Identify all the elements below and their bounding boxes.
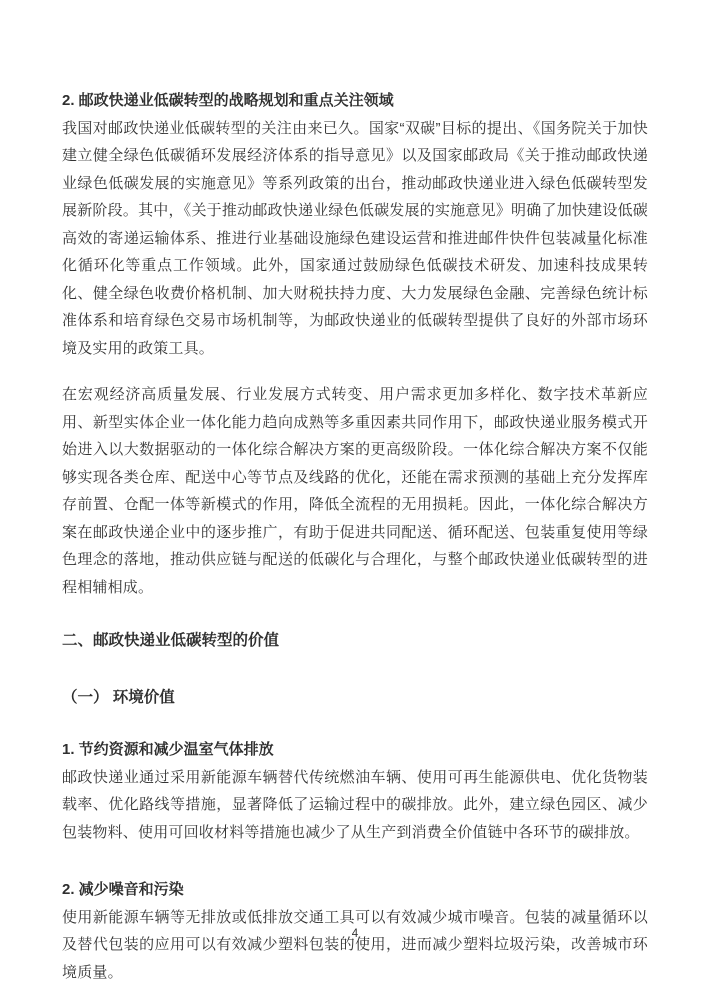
document-page: 2. 邮政快递业低碳转型的战略规划和重点关注领域 我国对邮政快递业低碳转型的关注… [0, 0, 710, 1004]
heading-item-resource-saving: 1. 节约资源和减少温室气体排放 [62, 736, 648, 764]
heading-chapter-value: 二、邮政快递业低碳转型的价值 [62, 627, 648, 655]
paragraph-integrated-solutions: 在宏观经济高质量发展、行业发展方式转变、用户需求更加多样化、数字技术革新应用、新… [62, 381, 648, 601]
document-content: 2. 邮政快递业低碳转型的战略规划和重点关注领域 我国对邮政快递业低碳转型的关注… [62, 87, 648, 986]
paragraph-noise-pollution: 使用新能源车辆等无排放或低排放交通工具可以有效减少城市噪音。包装的减量循环以及替… [62, 904, 648, 987]
paragraph-policy-background: 我国对邮政快递业低碳转型的关注由来已久。国家“双碳”目标的提出、《国务院关于加快… [62, 115, 648, 363]
page-number: 4 [0, 926, 710, 942]
heading-strategy-section: 2. 邮政快递业低碳转型的战略规划和重点关注领域 [62, 87, 648, 115]
heading-subsection-environmental-value: （一） 环境价值 [62, 684, 648, 712]
paragraph-resource-saving: 邮政快递业通过采用新能源车辆替代传统燃油车辆、使用可再生能源供电、优化货物装载率… [62, 764, 648, 847]
heading-item-noise-pollution: 2. 减少噪音和污染 [62, 876, 648, 904]
